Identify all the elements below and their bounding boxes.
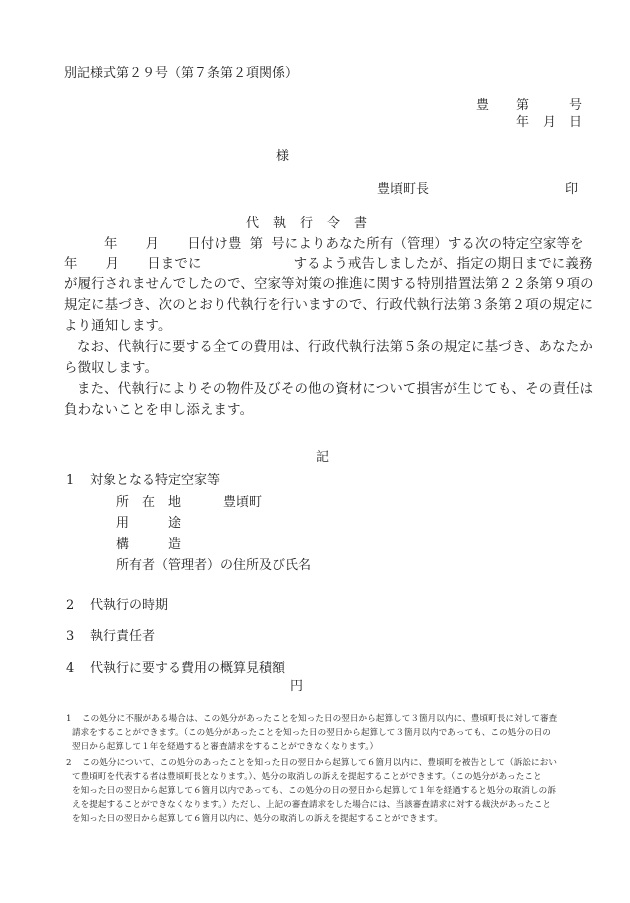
form-label: 別記様式第２９号（第７条第２項関係） (64, 65, 298, 82)
body-para1-line5: より通知します。 (64, 318, 584, 335)
field-owner-label: 所有者（管理者）の住所及び氏名 (116, 557, 311, 574)
document-title: 代 執 行 令 書 (246, 215, 368, 232)
body-para1-line1: 年月日付け豊第号によりあなた所有（管理）する次の特定空家等を (64, 236, 584, 253)
field-usage-label: 用 途 (116, 515, 181, 532)
field-location-label: 所 在 地 (116, 494, 181, 511)
item-2-number: 2 (66, 597, 74, 614)
field-structure-label: 構 造 (116, 536, 181, 553)
note-1-line1: この処分に不服がある場合は、この処分があったことを知った日の翌日から起算して３箇… (82, 713, 557, 725)
blank-month: 月 (106, 257, 120, 272)
note-2-line1: この処分について、この処分のあったことを知った日の翌日から起算して６箇月以内に、… (82, 757, 557, 769)
note-2-line3: を知った日の翌日から起算して６箇月以内であっても、この処分の日の翌日から起算して… (72, 785, 556, 797)
item-2-label: 代執行の時期 (90, 597, 168, 614)
note-1-number: 1 (66, 713, 72, 725)
body-para3-line2: 負わないことを申し添えます。 (64, 402, 584, 419)
text-segment: するよう戒告しましたが、指定の期日までに義務 (294, 257, 593, 272)
text-segment: 号によりあなた所有（管理）する次の特定空家等を (271, 237, 584, 252)
item-1-number: 1 (66, 472, 74, 489)
item-3-number: 3 (66, 628, 74, 645)
doc-number-prefix: 豊 (476, 97, 489, 114)
body-para2-line2: ら徴収します。 (64, 360, 584, 377)
item-4-unit: 円 (290, 678, 303, 695)
blank-month: 月 (146, 237, 160, 252)
doc-number-go: 号 (569, 97, 582, 114)
note-1-line2: 請求をすることができます。（この処分があったことを知った日の翌日から起算して３箇… (72, 727, 551, 739)
addressee-suffix: 様 (276, 148, 289, 165)
note-2-number: 2 (66, 757, 72, 769)
body-para3-line1: また、代執行によりその物件及びその他の資材について損害が生じても、その責任は (77, 381, 597, 398)
item-4-label: 代執行に要する費用の概算見積額 (90, 660, 285, 677)
note-1-line3: 翌日から起算して１年を経過すると審査請求をすることができなくなります。） (72, 741, 378, 753)
body-para2-line1: なお、代執行に要する全ての費用は、行政代執行法第５条の規定に基づき、あなたか (77, 339, 597, 356)
note-2-line5: を知った日の翌日から起算して６箇月以内に、処分の取消しの訴えを提起することができ… (72, 813, 443, 825)
text-segment: 日付け豊 (187, 237, 241, 252)
blank-year: 年 (104, 237, 118, 252)
blank-dai: 第 (250, 237, 264, 252)
note-2-line4: えを提起することができなくなります。）ただし、上記の審査請求をした場合には、当該… (72, 799, 551, 811)
body-para1-line3: が履行されませんでしたので、空家等対策の推進に関する特別措置法第２２条第９項の (64, 276, 584, 293)
field-location-value: 豊頃町 (223, 494, 262, 511)
ki-heading: 記 (316, 449, 329, 466)
note-2-line2: て豊頃町を代表する者は豊頃町長となります。）、処分の取消しの訴えを提起することが… (72, 771, 542, 783)
body-para1-line4: 規定に基づき、次のとおり代執行を行いますので、行政代執行法第３条第２項の規定に (64, 297, 584, 314)
item-1-label: 対象となる特定空家等 (90, 472, 220, 489)
blank-year: 年 (64, 257, 78, 272)
body-para1-line2: 年月日までにするよう戒告しましたが、指定の期日までに義務 (64, 256, 584, 273)
date-month: 月 (543, 114, 556, 131)
doc-number-dai: 第 (516, 97, 529, 114)
text-segment: 日までに (147, 257, 201, 272)
item-4-number: 4 (66, 660, 74, 677)
item-3-label: 執行責任者 (90, 628, 155, 645)
date-day: 日 (569, 114, 582, 131)
issuer-name: 豊頃町長 (377, 181, 429, 198)
date-year: 年 (516, 114, 529, 131)
seal-mark: 印 (565, 181, 578, 198)
